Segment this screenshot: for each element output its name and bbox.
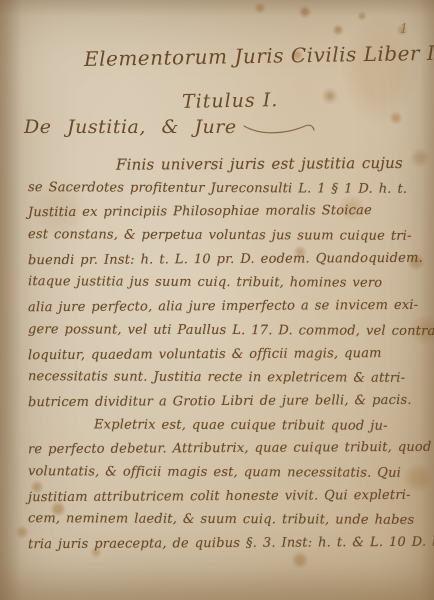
manuscript-line: tria juris praecepta, de quibus §. 3. In… [28, 531, 420, 557]
manuscript-body: Finis universi juris est justitia cujus … [28, 153, 420, 556]
manuscript-line: est constans, & perpetua voluntas jus su… [28, 223, 420, 248]
manuscript-line: loquitur, quaedam voluntatis & officii m… [28, 341, 420, 367]
section-heading: De Justitia, & Jure [24, 116, 315, 138]
manuscript-line: voluntatis, & officii magis est, quam ne… [28, 460, 420, 485]
pen-flourish-icon [243, 120, 315, 136]
manuscript-line: re perfecto debetur. Attributrix, quae c… [28, 436, 420, 462]
title-line: Elementorum Juris Civilis Liber I. [84, 41, 424, 71]
section-heading-text: De Justitia, & Jure [24, 116, 237, 138]
manuscript-line: itaque justitia jus suum cuiq. tribuit, … [28, 271, 420, 296]
manuscript-line: butricem dividitur a Grotio Libri de jur… [28, 389, 420, 415]
subtitle-line: Titulus I. [182, 89, 279, 113]
page-number: 1 [400, 22, 408, 37]
manuscript-line: Expletrix est, quae cuique tribuit quod … [28, 413, 420, 438]
manuscript-line: Finis universi juris est justitia cujus [28, 152, 420, 178]
manuscript-page: 1 Elementorum Juris Civilis Liber I. Tit… [0, 0, 434, 600]
manuscript-line: justitiam attributricem colit honeste vi… [28, 483, 420, 509]
manuscript-line: se Sacerdotes profitentur Jureconsulti L… [28, 176, 420, 201]
manuscript-line: buendi pr. Inst: h. t. L. 10 pr. D. eode… [28, 247, 420, 273]
manuscript-line: Justitia ex principiis Philosophiae mora… [28, 199, 420, 225]
manuscript-line: gere possunt, vel uti Paullus L. 17. D. … [28, 318, 420, 343]
manuscript-line: cem, neminem laedit, & suum cuiq. tribui… [28, 507, 420, 532]
manuscript-line: necessitatis sunt. Justitia recte in exp… [28, 365, 420, 390]
manuscript-line: alia jure perfecto, alia jure imperfecto… [28, 294, 420, 320]
